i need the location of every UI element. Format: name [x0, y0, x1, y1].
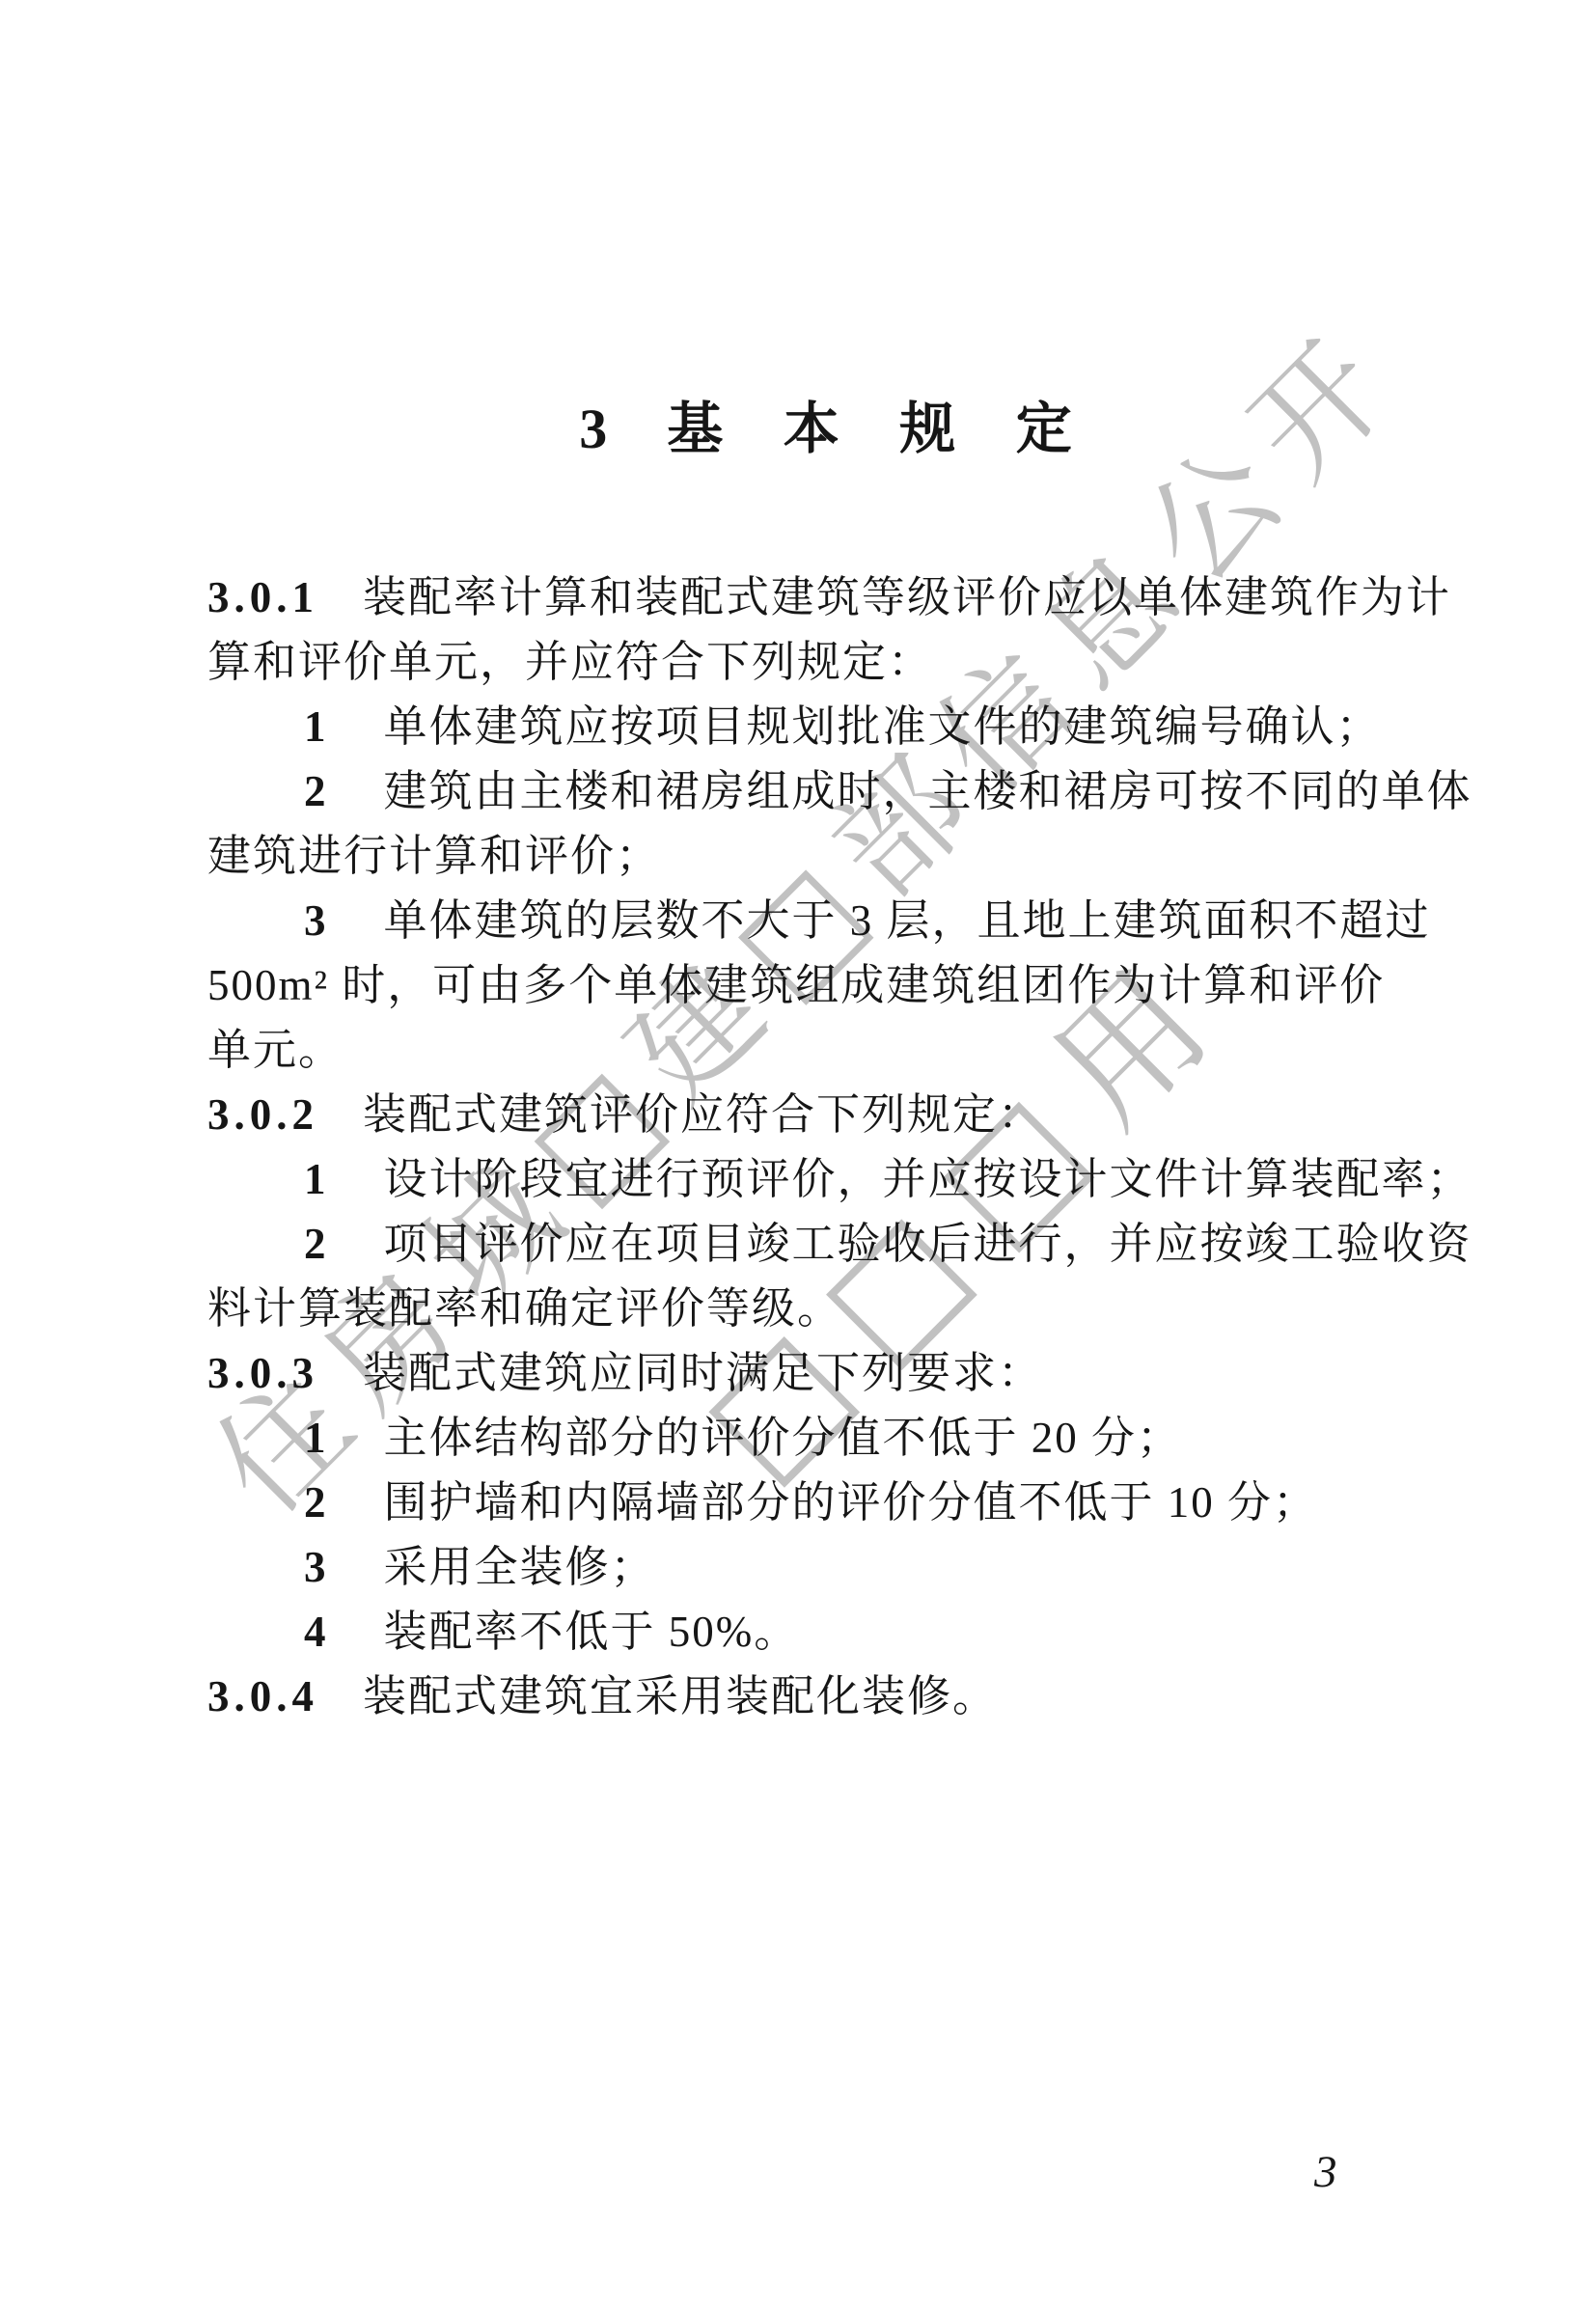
chapter-name: 基 本 规 定 [667, 398, 1095, 460]
item-number: 2 [304, 1220, 328, 1268]
chapter-title: 3基 本 规 定 [207, 396, 1467, 463]
clause-3-0-1-item-2-cont: 建筑进行计算和评价； [207, 824, 1467, 889]
item-number: 1 [304, 1155, 328, 1203]
document-page: 住房城□建□部信息公开 □□□用 3基 本 规 定 3.0.1装配率计算和装配式… [0, 0, 1596, 2311]
line-text: 采用全装修； [384, 1543, 656, 1591]
clause-3-0-2-item-2-cont: 料计算装配率和确定评价等级。 [207, 1277, 1467, 1341]
line-text: 单元。 [207, 1026, 344, 1074]
clause-3-0-1-line-1: 3.0.1装配率计算和装配式建筑等级评价应以单体建筑作为计 [207, 565, 1467, 630]
clause-number: 3.0.3 [207, 1349, 318, 1397]
clause-3-0-2-item-2: 2项目评价应在项目竣工验收后进行，并应按竣工验收资 [207, 1212, 1467, 1277]
clause-3-0-1-item-3-cont-2: 单元。 [207, 1018, 1467, 1083]
clause-number: 3.0.1 [207, 573, 318, 621]
clause-3-0-1-item-3-cont-1: 500m² 时，可由多个单体建筑组成建筑组团作为计算和评价 [207, 953, 1467, 1018]
clause-3-0-1-item-1: 1单体建筑应按项目规划批准文件的建筑编号确认； [207, 695, 1467, 759]
line-text: 建筑进行计算和评价； [207, 832, 661, 880]
item-number: 2 [304, 767, 328, 815]
line-text: 算和评价单元，并应符合下列规定： [207, 638, 933, 686]
item-number: 4 [304, 1608, 328, 1656]
line-text: 设计阶段宜进行预评价，并应按设计文件计算装配率； [384, 1155, 1472, 1203]
line-text: 围护墙和内隔墙部分的评价分值不低于 10 分； [384, 1478, 1319, 1527]
line-text: 500m² 时，可由多个单体建筑组成建筑组团作为计算和评价 [207, 961, 1385, 1009]
item-number: 3 [304, 1543, 328, 1591]
item-number: 1 [304, 1414, 328, 1462]
clause-3-0-4-line-1: 3.0.4装配式建筑宜采用装配化装修。 [207, 1664, 1467, 1729]
line-text: 项目评价应在项目竣工验收后进行，并应按竣工验收资 [384, 1220, 1472, 1268]
clause-3-0-3-line-1: 3.0.3装配式建筑应同时满足下列要求： [207, 1341, 1467, 1406]
clause-3-0-2-item-1: 1设计阶段宜进行预评价，并应按设计文件计算装配率； [207, 1147, 1467, 1212]
line-text: 主体结构部分的评价分值不低于 20 分； [384, 1414, 1183, 1462]
line-text: 装配式建筑宜采用装配化装修。 [363, 1672, 998, 1720]
clause-3-0-1-item-3: 3单体建筑的层数不大于 3 层，且地上建筑面积不超过 [207, 889, 1467, 953]
line-text: 单体建筑的层数不大于 3 层，且地上建筑面积不超过 [384, 896, 1431, 945]
clause-3-0-2-line-1: 3.0.2装配式建筑评价应符合下列规定： [207, 1083, 1467, 1147]
clause-3-0-3-item-3: 3采用全装修； [207, 1535, 1467, 1600]
line-text: 单体建筑应按项目规划批准文件的建筑编号确认； [384, 702, 1382, 751]
line-text: 装配率不低于 50%。 [384, 1608, 800, 1656]
chapter-number: 3 [579, 398, 607, 460]
item-number: 1 [304, 702, 328, 751]
clause-3-0-3-item-2: 2围护墙和内隔墙部分的评价分值不低于 10 分； [207, 1471, 1467, 1535]
line-text: 料计算装配率和确定评价等级。 [207, 1284, 842, 1333]
line-text: 装配率计算和装配式建筑等级评价应以单体建筑作为计 [363, 573, 1451, 621]
clause-number: 3.0.4 [207, 1672, 318, 1720]
clause-3-0-1-line-2: 算和评价单元，并应符合下列规定： [207, 630, 1467, 695]
clause-3-0-3-item-1: 1主体结构部分的评价分值不低于 20 分； [207, 1406, 1467, 1471]
clause-3-0-3-item-4: 4装配率不低于 50%。 [207, 1600, 1467, 1664]
item-number: 2 [304, 1478, 328, 1527]
clause-number: 3.0.2 [207, 1090, 318, 1139]
clause-3-0-1-item-2: 2建筑由主楼和裙房组成时，主楼和裙房可按不同的单体 [207, 759, 1467, 824]
item-number: 3 [304, 896, 328, 945]
line-text: 建筑由主楼和裙房组成时，主楼和裙房可按不同的单体 [384, 767, 1472, 815]
body-text: 3.0.1装配率计算和装配式建筑等级评价应以单体建筑作为计 算和评价单元，并应符… [207, 565, 1467, 1729]
line-text: 装配式建筑应同时满足下列要求： [363, 1349, 1043, 1397]
line-text: 装配式建筑评价应符合下列规定： [363, 1090, 1043, 1139]
page-number: 3 [1314, 2146, 1337, 2198]
